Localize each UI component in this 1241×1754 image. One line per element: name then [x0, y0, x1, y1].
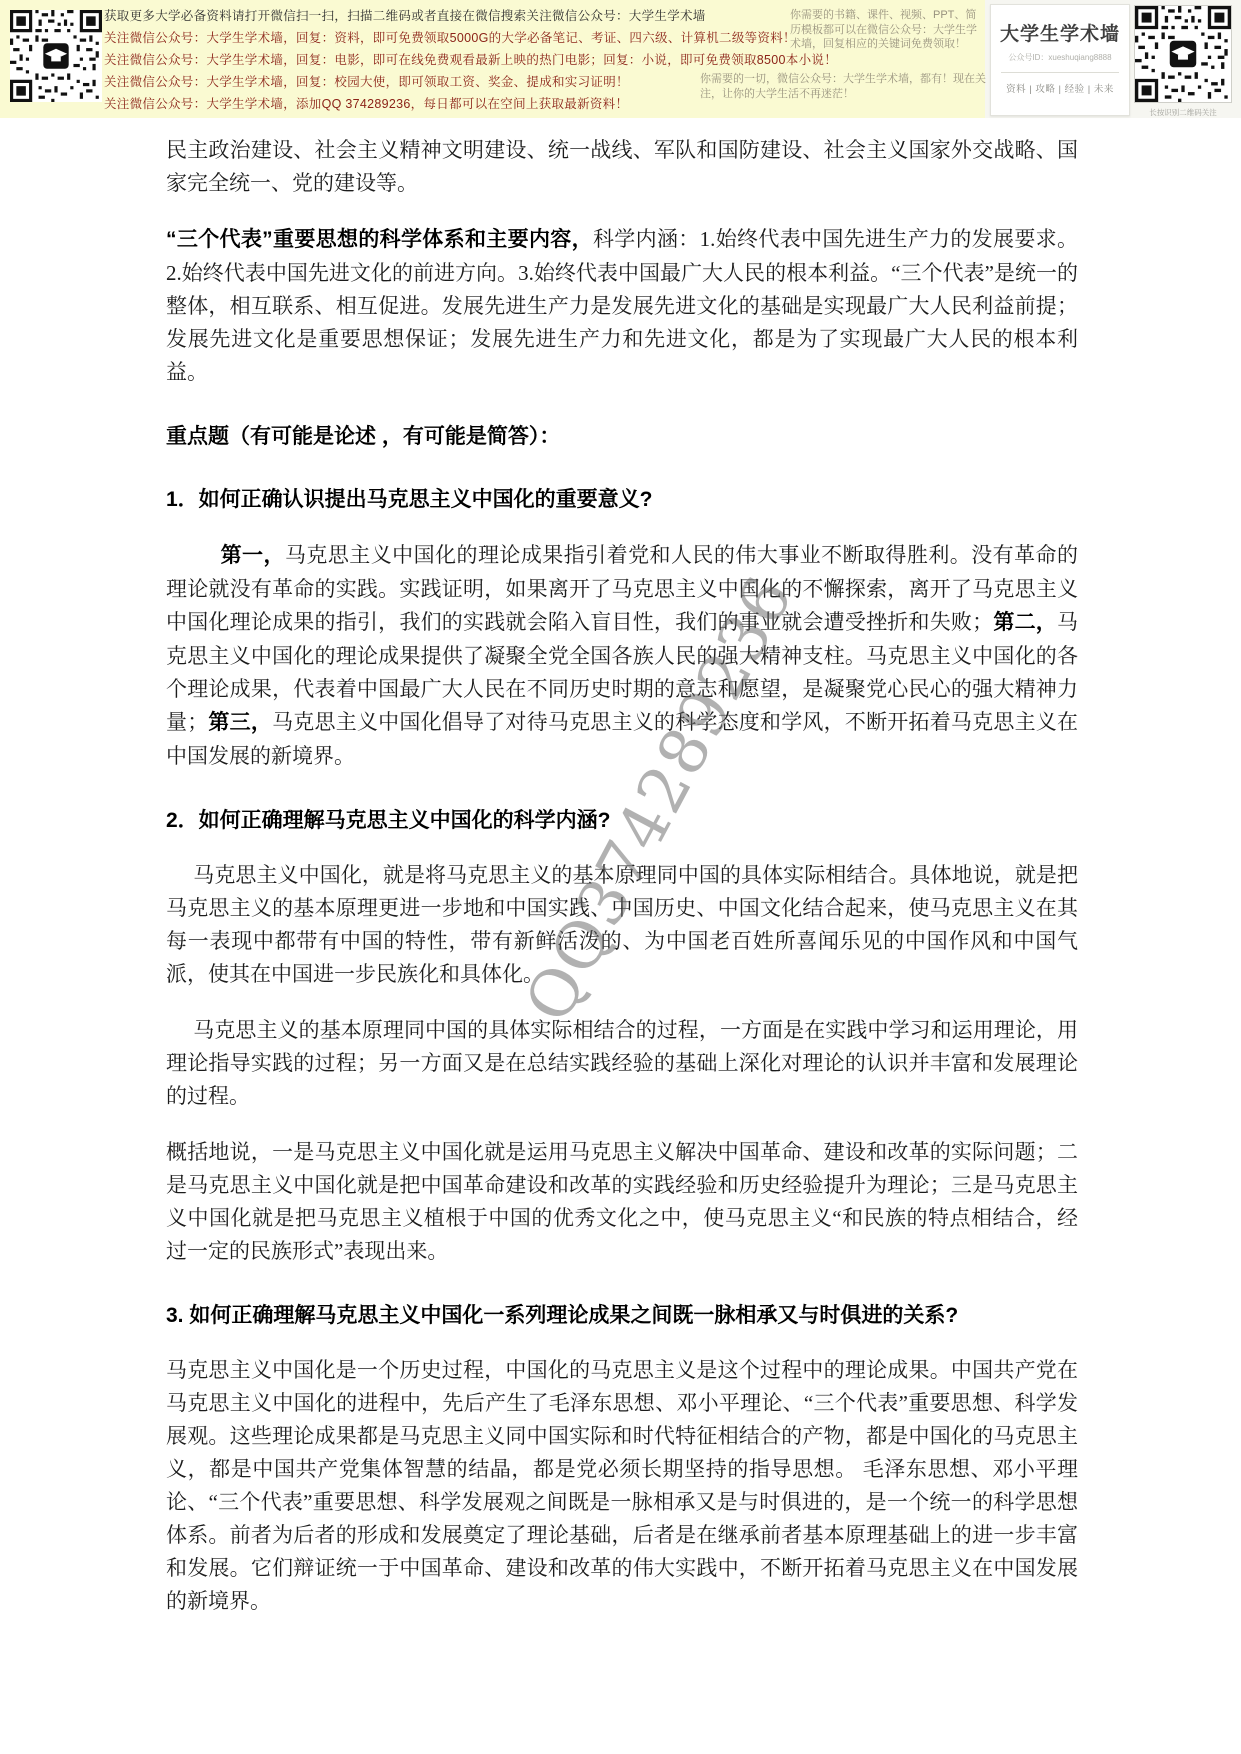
header-line-1: 获取更多大学必备资料请打开微信扫一扫，扫描二维码或者直接在微信搜索关注微信公众号… — [104, 5, 837, 27]
answer-1-third-text: 马克思主义中国化倡导了对待马克思主义的科学态度和学风，不断开拓着马克思主义在中国… — [166, 710, 1078, 768]
question-3-heading: 3. 如何正确理解马克思主义中国化一系列理论成果之间既一脉相承又与时俱进的关系? — [166, 1300, 1078, 1332]
qr-caption: 长按识别二维码关注 — [1133, 108, 1233, 118]
answer-1-first-label: 第一， — [221, 544, 285, 567]
answer-1-paragraph: 第一，马克思主义中国化的理论成果指引着党和人民的伟大事业不断取得胜利。没有革命的… — [166, 539, 1078, 773]
key-questions-heading: 重点题（有可能是论述 ，有可能是简答）： — [166, 421, 1078, 453]
account-tagline: 资料 | 攻略 | 经验 | 未来 — [991, 81, 1129, 95]
three-represents-paragraph: “三个代表”重要思想的科学体系和主要内容，科学内涵：1.始终代表中国先进生产力的… — [166, 223, 1078, 389]
header-line-3: 关注微信公众号：大学生学术墙，回复：电影，即可在线免费观看最新上映的热门电影；回… — [104, 49, 837, 71]
account-name: 大学生学术墙 — [991, 19, 1129, 46]
header-note-bottom: 你需要的一切，微信公众号：大学生学术墙，都有！现在关注，让你的大学生活不再迷茫！ — [700, 72, 986, 101]
answer-2-paragraph-1: 马克思主义中国化，就是将马克思主义的基本原理同中国的具体实际相结合。具体地说，就… — [166, 859, 1078, 991]
document-page: 获取更多大学必备资料请打开微信扫一扫，扫描二维码或者直接在微信搜索关注微信公众号… — [0, 0, 1241, 1754]
wechat-qr-code-left — [10, 8, 102, 104]
answer-1-second-label: 第二， — [993, 611, 1057, 634]
question-1-heading: 1．如何正确认识提出马克思主义中国化的重要意义? — [166, 484, 1078, 516]
answer-1-third-label: 第三， — [208, 711, 272, 734]
header-note-top: 你需要的书籍、课件、视频、PPT、简历模板都可以在微信公众号：大学生学术墙，回复… — [790, 8, 986, 52]
answer-3-paragraph: 马克思主义中国化是一个历史过程，中国化的马克思主义是这个过程中的理论成果。中国共… — [166, 1354, 1078, 1618]
answer-1-first-text: 马克思主义中国化的理论成果指引着党和人民的伟大事业不断取得胜利。没有革命的理论就… — [166, 543, 1078, 634]
answer-2-summary-paragraph: 概括地说，一是马克思主义中国化就是运用马克思主义解决中国革命、建设和改革的实际问… — [166, 1136, 1078, 1268]
header-line-2: 关注微信公众号：大学生学术墙，回复：资料，即可免费领取5000G的大学必备笔记、… — [104, 27, 837, 49]
three-represents-lead: “三个代表”重要思想的科学体系和主要内容， — [166, 228, 593, 251]
intro-paragraph: 民主政治建设、社会主义精神文明建设、统一战线、军队和国防建设、社会主义国家外交战… — [166, 134, 1078, 200]
document-body: 民主政治建设、社会主义精神文明建设、统一战线、军队和国防建设、社会主义国家外交战… — [166, 134, 1078, 1641]
official-account-card: 大学生学术墙 公众号ID：xueshuqiang8888 资料 | 攻略 | 经… — [990, 4, 1130, 116]
answer-2-paragraph-2: 马克思主义的基本原理同中国的具体实际相结合的过程，一方面是在实践中学习和运用理论… — [166, 1014, 1078, 1113]
account-id: 公众号ID：xueshuqiang8888 — [991, 52, 1129, 63]
card-divider — [1001, 72, 1119, 73]
wechat-qr-code-right — [1134, 5, 1232, 103]
promo-header-banner: 获取更多大学必备资料请打开微信扫一扫，扫描二维码或者直接在微信搜索关注微信公众号… — [0, 0, 1241, 118]
qr-right-block: 长按识别二维码关注 — [1133, 5, 1233, 118]
question-2-heading: 2．如何正确理解马克思主义中国化的科学内涵? — [166, 805, 1078, 837]
